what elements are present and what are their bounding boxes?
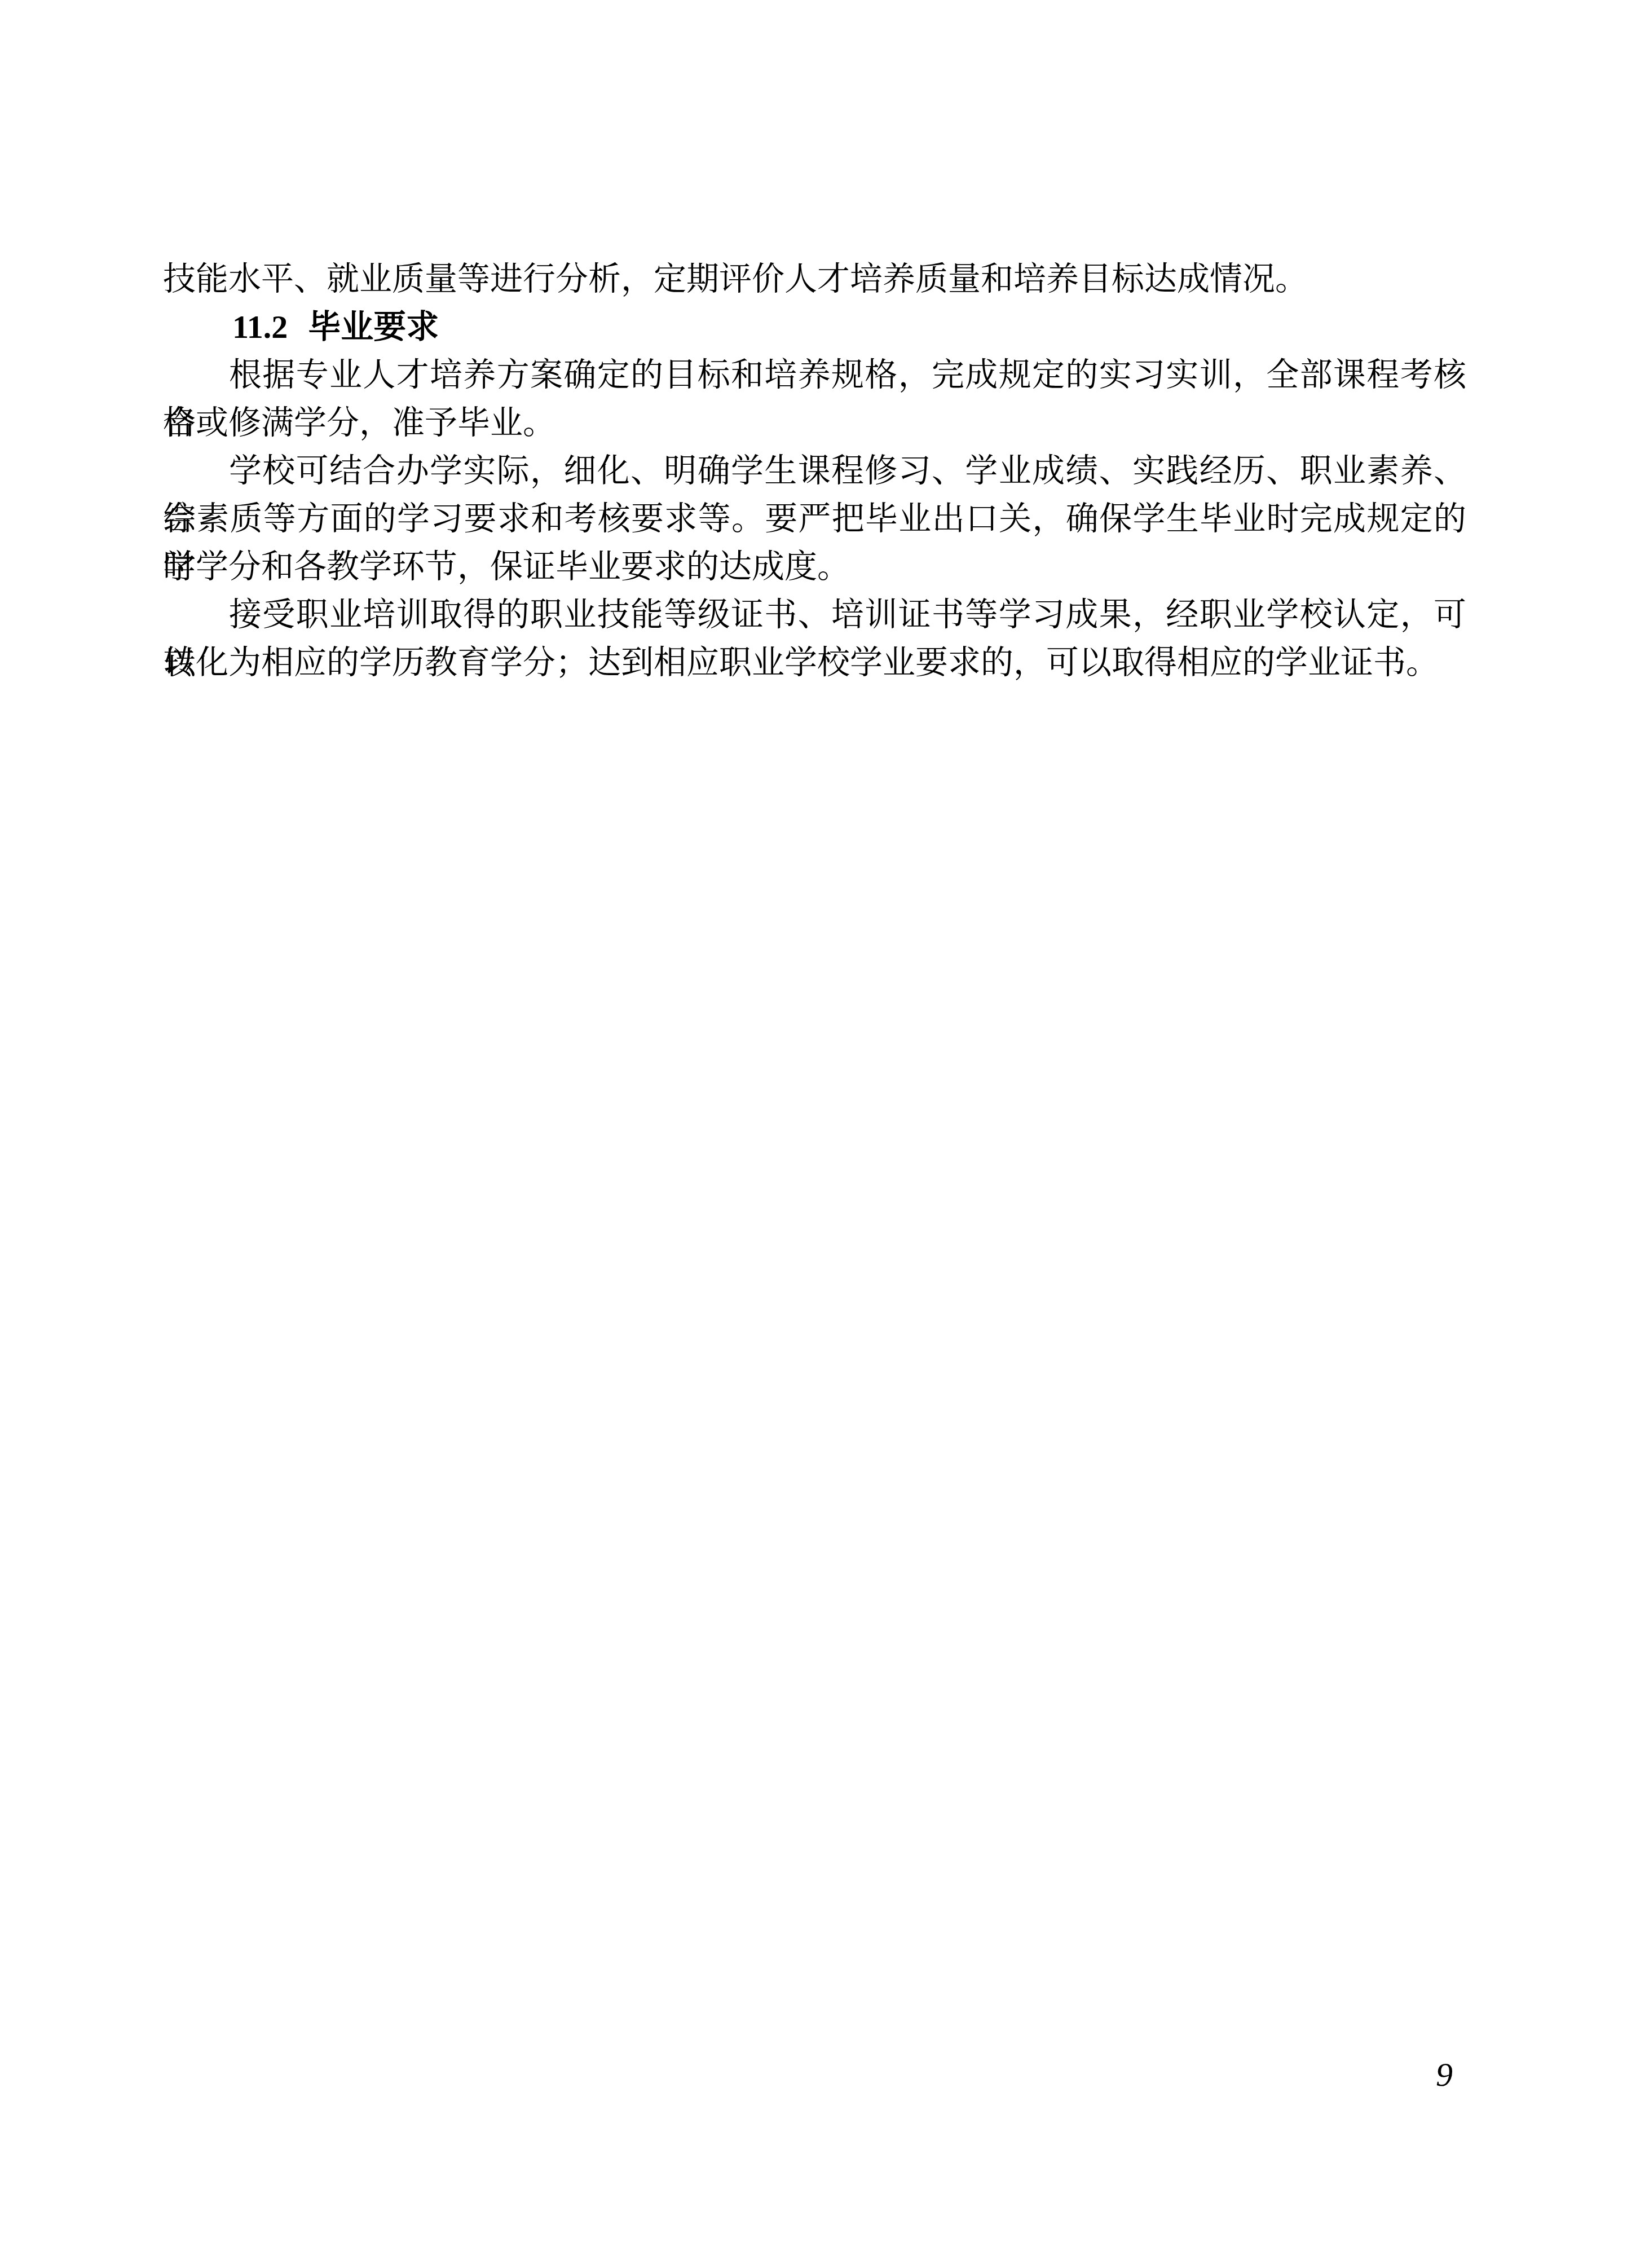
- section-title: 毕业要求: [308, 309, 439, 345]
- section-number: 11.2: [232, 309, 288, 345]
- paragraph-line: 合素质等方面的学习要求和考核要求等。要严把毕业出口关，确保学生毕业时完成规定的学: [163, 495, 1466, 543]
- page-number: 9: [1436, 2058, 1453, 2091]
- paragraph-continuation-line: 技能水平、就业质量等进行分析，定期评价人才培养质量和培养目标达成情况。: [163, 255, 1466, 303]
- paragraph-line: 根据专业人才培养方案确定的目标和培养规格，完成规定的实习实训，全部课程考核合: [163, 351, 1466, 399]
- paragraph-line: 学校可结合办学实际，细化、明确学生课程修习、学业成绩、实践经历、职业素养、综: [163, 447, 1466, 495]
- section-heading-11-2: 11.2毕业要求: [163, 303, 1466, 351]
- document-page: 技能水平、就业质量等进行分析，定期评价人才培养质量和培养目标达成情况。 11.2…: [0, 0, 1627, 2268]
- paragraph-line: 转化为相应的学历教育学分；达到相应职业学校学业要求的，可以取得相应的学业证书。: [163, 638, 1466, 686]
- text-body: 技能水平、就业质量等进行分析，定期评价人才培养质量和培养目标达成情况。 11.2…: [163, 255, 1466, 686]
- paragraph-line: 接受职业培训取得的职业技能等级证书、培训证书等学习成果，经职业学校认定，可以: [163, 591, 1466, 638]
- paragraph-line: 格或修满学分，准予毕业。: [163, 399, 1466, 447]
- paragraph-line: 时学分和各教学环节，保证毕业要求的达成度。: [163, 543, 1466, 591]
